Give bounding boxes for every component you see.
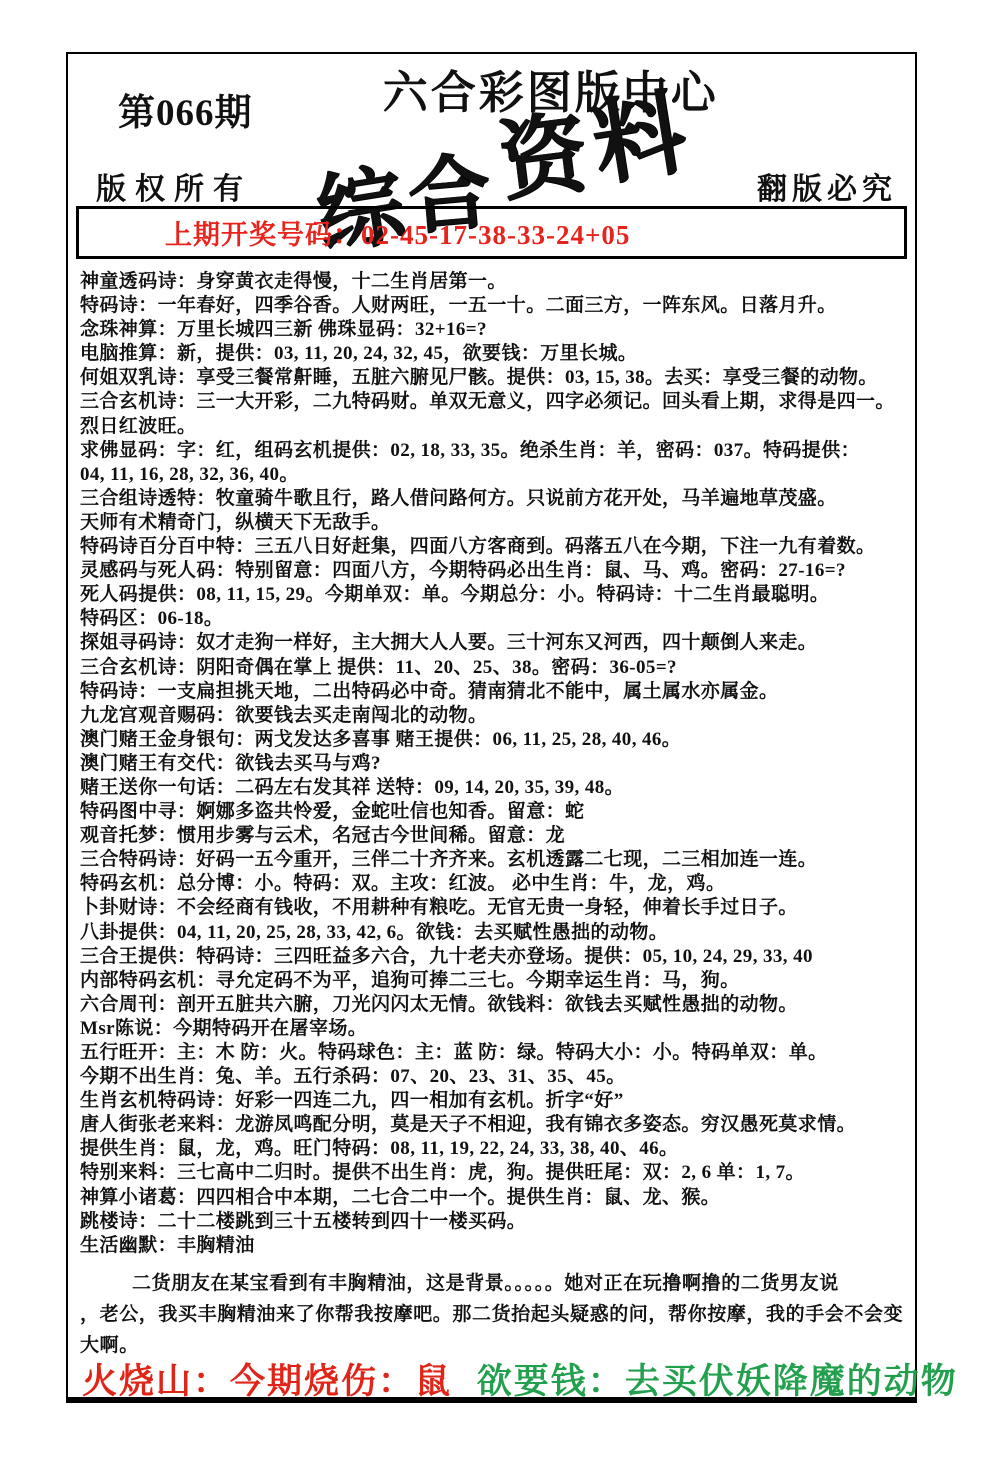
content-line: 跳楼诗：二十二楼跳到三十五楼转到四十一楼买码。 [80, 1210, 910, 1234]
content-line: 特码诗：一支扁担挑天地，二出特码必中奇。猜南猜北不能中，属土属水亦属金。 [80, 680, 910, 704]
content-line: 三合王提供：特码诗：三四旺益多六合，九十老夫亦登场。提供：05, 10, 24,… [80, 945, 910, 969]
content-line: 六合周刊：剖开五脏共六腑，刀光闪闪太无情。欲钱料：欲钱去买赋性愚拙的动物。 [80, 993, 910, 1017]
issue-number: 第066期 [118, 82, 253, 136]
content-line: 灵感码与死人码：特别留意：四面八方，今期特码必出生肖：鼠、马、鸡。密码：27-1… [80, 559, 910, 583]
footer-hint: 火烧山：今期烧伤：鼠 欲要钱：去买伏妖降魔的动物 [82, 1354, 958, 1404]
content-line: 天师有术精奇门，纵横天下无敌手。 [80, 511, 910, 535]
content-line: 八卦提供：04, 11, 20, 25, 28, 33, 42, 6。欲钱：去买… [80, 921, 910, 945]
content-line: 观音托梦：惯用步雾与云术，名冠古今世间稀。留意：龙 [80, 824, 910, 848]
previous-draw-text: 上期开奖号码：02-45-17-38-33-24+05 [79, 213, 630, 252]
content-line: 三合玄机诗：三一大开彩，二九特码财。单双无意义，四字必须记。回头看上期，求得是四… [80, 390, 910, 414]
content-line: 特码诗百分百中特：三五八日好赶集，四面八方客商到。码落五八在今期，下注一九有着数… [80, 535, 910, 559]
content-line: 卜卦财诗：不会经商有钱收，不用耕种有粮吃。无官无贵一身轻，伸着长手过日子。 [80, 896, 910, 920]
content-line: 内部特码玄机：寻允定码不为平，追狗可捧二三七。今期幸运生肖：马，狗。 [80, 969, 910, 993]
humor-line: ，老公，我买丰胸精油来了你帮我按摩吧。那二货抬起头疑惑的问，帮你按摩，我的手会不… [80, 1299, 910, 1330]
content-line: 何姐双乳诗：享受三餐常鼾睡，五脏六腑见尸骸。提供：03, 15, 38。去买：享… [80, 366, 910, 390]
content-line: 生活幽默：丰胸精油 [80, 1234, 910, 1258]
content-line: 三合组诗透特：牧童骑牛歌且行，路人借问路何方。只说前方花开处，马羊遍地草茂盛。 [80, 487, 910, 511]
page-frame: 第066期 六合彩图版中心 综合资料 版权所有 翻版必究 上期开奖号码：02-4… [66, 52, 917, 1403]
content-line: 神童透码诗：身穿黄衣走得慢，十二生肖居第一。 [80, 270, 910, 294]
content-line: 特码区：06-18。 [80, 607, 910, 631]
content-line: 五行旺开：主：木 防：火。特码球色：主：蓝 防：绿。特码大小：小。特码单双：单。 [80, 1041, 910, 1065]
content-line: 死人码提供：08, 11, 15, 29。今期单双：单。今期总分：小。特码诗：十… [80, 583, 910, 607]
content-line: 唐人街张老来料：龙游凤鸣配分明，莫是天子不相迎，我有锦衣多姿态。穷汉愚死莫求情。 [80, 1113, 910, 1137]
footer-red-text: 火烧山：今期烧伤：鼠 [82, 1362, 452, 1401]
content-line: 特码玄机：总分博：小。特码：双。主攻：红波。 必中生肖：牛，龙，鸡。 [80, 872, 910, 896]
content-line: Msr陈说：今期特码开在屠宰场。 [80, 1017, 910, 1041]
content-line: 澳门赌王有交代：欲钱去买马与鸡? [80, 752, 910, 776]
previous-draw-box: 上期开奖号码：02-45-17-38-33-24+05 [76, 206, 907, 259]
copyright-left: 版权所有 [96, 164, 252, 208]
content-line: 提供生肖：鼠，龙，鸡。旺门特码：08, 11, 19, 22, 24, 33, … [80, 1137, 910, 1161]
big-title-char: 资 [491, 83, 594, 219]
content-line: 三合玄机诗：阴阳奇偶在掌上 提供：11、20、25、38。密码：36-05=? [80, 656, 910, 680]
content-line: 求佛显码：字：红，组码玄机提供：02, 18, 33, 35。绝杀生肖：羊，密码… [80, 439, 910, 463]
content-line: 神算小诸葛：四四相合中本期，二七合二中一个。提供生肖：鼠、龙、猴。 [80, 1186, 910, 1210]
content-line: 电脑推算：新，提供：03, 11, 20, 24, 32, 45，欲要钱：万里长… [80, 342, 910, 366]
content-line: 烈日红波旺。 [80, 415, 910, 439]
content-line: 念珠神算：万里长城四三新 佛珠显码：32+16=? [80, 318, 910, 342]
content-line: 澳门赌王金身银句：两戈发达多喜事 赌王提供：06, 11, 25, 28, 40… [80, 728, 910, 752]
content-line: 特别来料：三七高中二归时。提供不出生肖：虎，狗。提供旺尾：双：2, 6 单：1,… [80, 1161, 910, 1185]
humor-paragraph: 二货朋友在某宝看到有丰胸精油，这是背景。。。。。她对正在玩撸啊撸的二货男友说 ，… [80, 1268, 910, 1361]
content-line: 三合特码诗：好码一五今重开，三伴二十齐齐来。玄机透露二七现，二三相加连一连。 [80, 848, 910, 872]
humor-line: 二货朋友在某宝看到有丰胸精油，这是背景。。。。。她对正在玩撸啊撸的二货男友说 [80, 1268, 910, 1299]
content-line: 九龙宫观音赐码：欲要钱去买走南闯北的动物。 [80, 704, 910, 728]
content-line: 特码诗：一年春好，四季谷香。人财两旺，一五一十。二面三方，一阵东风。日落月升。 [80, 294, 910, 318]
copyright-right: 翻版必究 [757, 164, 897, 208]
footer-green-text: 欲要钱：去买伏妖降魔的动物 [477, 1362, 958, 1401]
content-line: 04, 11, 16, 28, 32, 36, 40。 [80, 463, 910, 487]
content-lines: 神童透码诗：身穿黄衣走得慢，十二生肖居第一。 特码诗：一年春好，四季谷香。人财两… [80, 270, 910, 1361]
content-line: 赌王送你一句话：二码左右发其祥 送特：09, 14, 20, 35, 39, 4… [80, 776, 910, 800]
content-line: 探姐寻码诗：奴才走狗一样好，主大拥大人人要。三十河东又河西，四十颠倒人来走。 [80, 631, 910, 655]
content-line: 今期不出生肖：兔、羊。五行杀码：07、20、23、31、35、45。 [80, 1065, 910, 1089]
content-line: 特码图中寻：婀娜多盗共怜爱，金蛇吐信也知香。留意：蛇 [80, 800, 910, 824]
content-line: 生肖玄机特码诗：好彩一四连二九，四一相加有玄机。折字“好” [80, 1089, 910, 1113]
